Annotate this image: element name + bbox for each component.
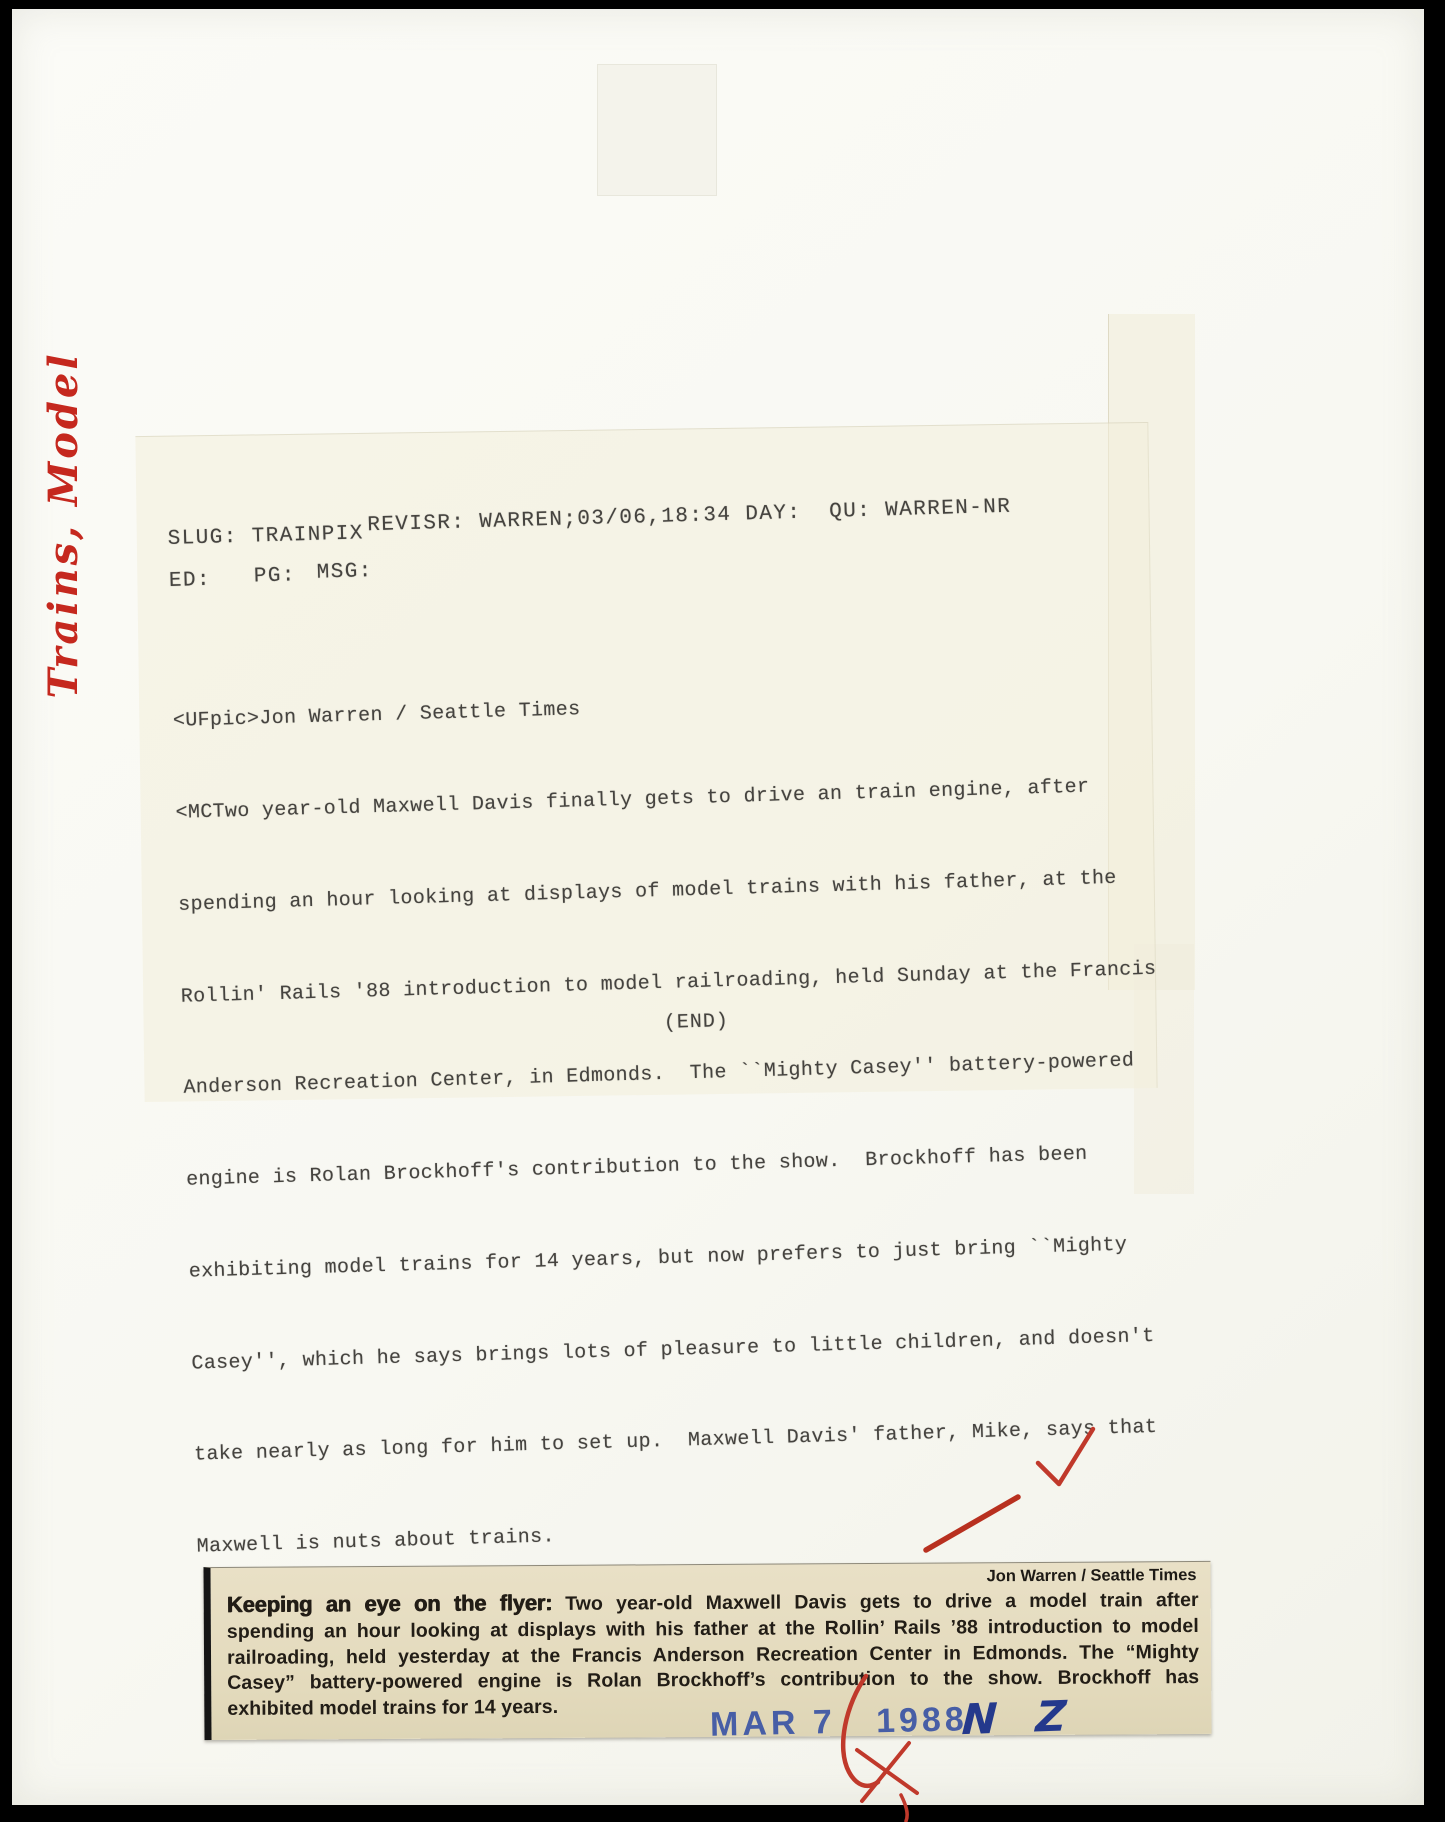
slug-field: SLUG: TRAINPIX: [167, 522, 364, 551]
ed-field: ED:: [169, 569, 212, 593]
wire-header: SLUG: TRAINPIX REVISR: WARREN;03/06,18:3…: [167, 499, 1189, 624]
caption-paragraph: <UFpic>Jon Warren / Seattle Times <MCTwo…: [171, 618, 1175, 1625]
end-mark: (END): [664, 1010, 730, 1035]
tape-mark-top: [597, 64, 717, 196]
caption-line: take nearly as long for him to set up. M…: [194, 1413, 1170, 1472]
handwritten-code: N Z: [961, 1691, 1080, 1744]
caption-headline-rest: Two year-old Maxwell Davis gets to drive…: [565, 1589, 1199, 1615]
pg-field: PG:: [254, 564, 297, 588]
photo-paper-back: Trains, Model SLUG: TRAINPIX REVISR: WAR…: [12, 9, 1424, 1805]
caption-line: exhibiting model trains for 14 years, bu…: [188, 1229, 1164, 1288]
caption-line: <MCTwo year-old Maxwell Davis finally ge…: [175, 771, 1151, 830]
caption-line: Anderson Recreation Center, in Edmonds. …: [183, 1046, 1159, 1105]
msg-field: MSG:: [316, 560, 373, 585]
caption-line: engine is Rolan Brockhoff's contribution…: [186, 1138, 1162, 1197]
caption-line: <UFpic>Jon Warren / Seattle Times: [173, 679, 1149, 738]
caption-line: Casey'', which he says brings lots of pl…: [191, 1321, 1167, 1380]
typed-caption-block: SLUG: TRAINPIX REVISR: WARREN;03/06,18:3…: [167, 485, 1203, 1094]
handwritten-filing-note: Trains, Model: [40, 345, 100, 705]
caption-line: spending an hour looking at displays of …: [178, 862, 1154, 921]
caption-line: Maxwell is nuts about trains.: [196, 1505, 1172, 1564]
date-stamp: MAR 7 1988: [710, 1700, 969, 1744]
caption-line: Rollin' Rails '88 introduction to model …: [180, 954, 1156, 1013]
caption-headline: Keeping an eye on the flyer:: [227, 1590, 553, 1617]
